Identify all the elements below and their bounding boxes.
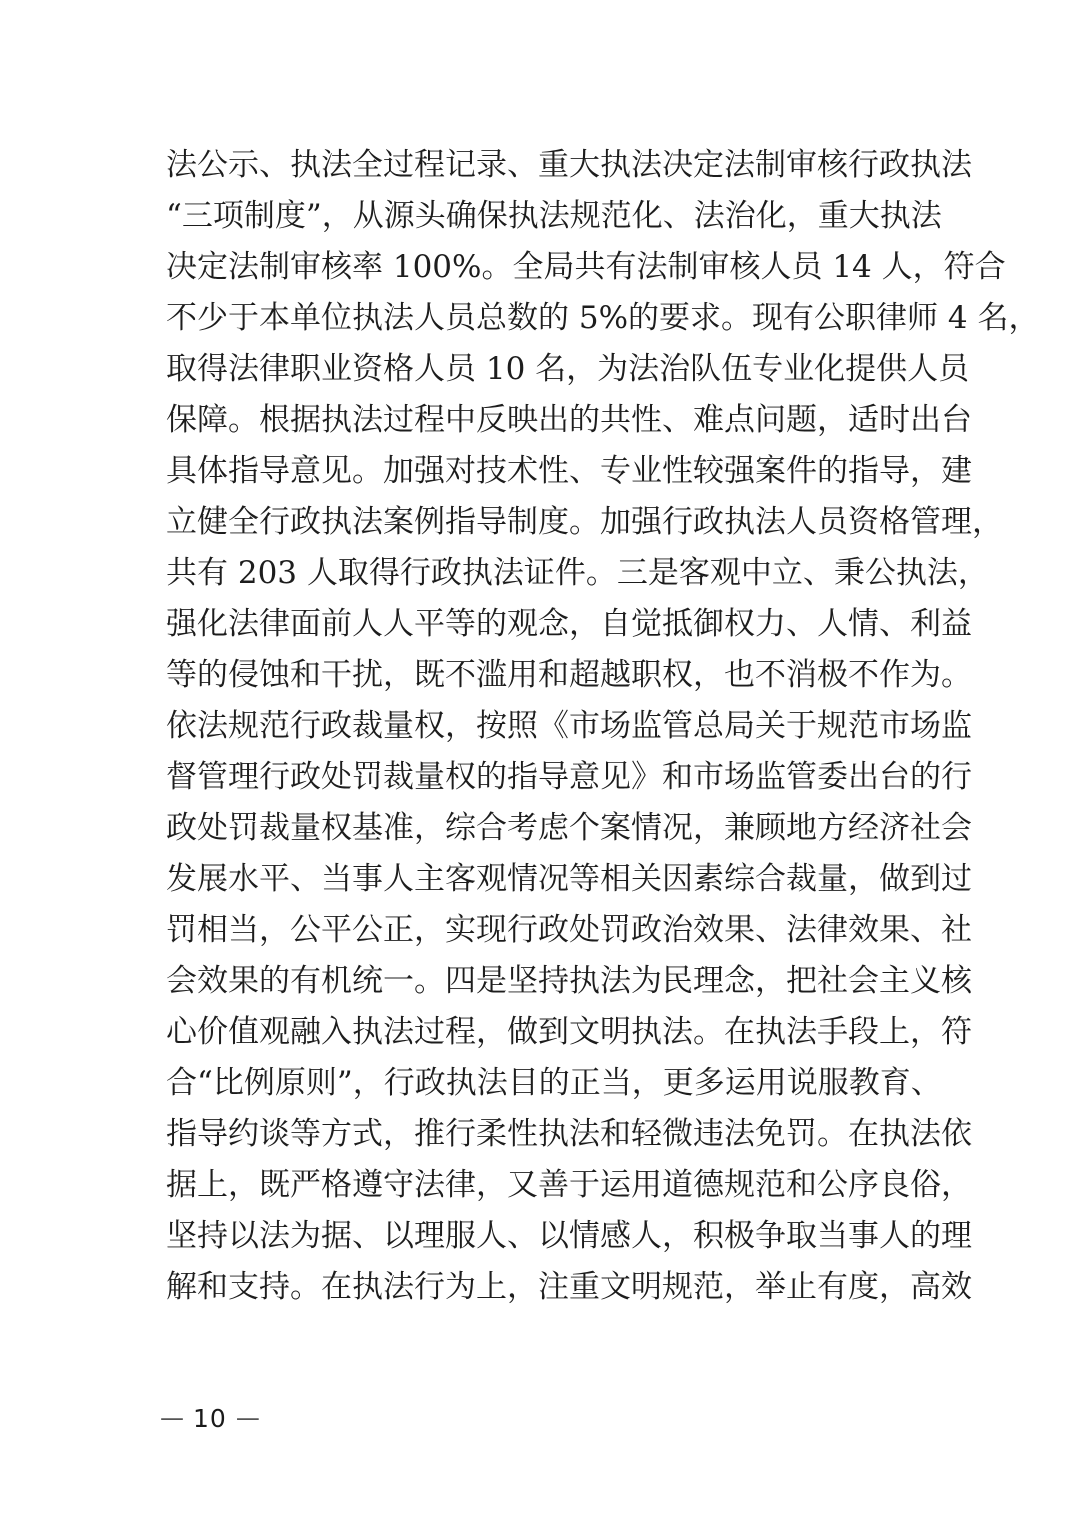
footer-dash-right: — (236, 1406, 260, 1430)
text-line: 等的侵蚀和干扰，既不滥用和超越职权，也不消极不作为。 (166, 650, 918, 701)
text-line: 具体指导意见。加强对技术性、专业性较强案件的指导，建 (166, 446, 918, 497)
text-line: 会效果的有机统一。四是坚持执法为民理念，把社会主义核 (166, 956, 918, 1007)
document-page: 法公示、执法全过程记录、重大执法决定法制审核行政执法 “三项制度”，从源头确保执… (0, 0, 1074, 1520)
text-line: 督管理行政处罚裁量权的指导意见》和市场监管委出台的行 (166, 752, 918, 803)
text-line: 决定法制审核率 100%。全局共有法制审核人员 14 人，符合 (166, 242, 918, 293)
text-line: 立健全行政执法案例指导制度。加强行政执法人员资格管理， (166, 497, 918, 548)
text-line: 强化法律面前人人平等的观念，自觉抵御权力、人情、利益 (166, 599, 918, 650)
text-line: 指导约谈等方式，推行柔性执法和轻微违法免罚。在执法依 (166, 1109, 918, 1160)
text-line: 依法规范行政裁量权，按照《市场监管总局关于规范市场监 (166, 701, 918, 752)
text-line: 据上，既严格遵守法律，又善于运用道德规范和公序良俗， (166, 1160, 918, 1211)
text-line: 取得法律职业资格人员 10 名，为法治队伍专业化提供人员 (166, 344, 918, 395)
body-text-block: 法公示、执法全过程记录、重大执法决定法制审核行政执法 “三项制度”，从源头确保执… (166, 140, 918, 1313)
page-footer: — 10 — (160, 1404, 260, 1433)
text-line: 不少于本单位执法人员总数的 5%的要求。现有公职律师 4 名， (166, 293, 918, 344)
text-line: 坚持以法为据、以理服人、以情感人，积极争取当事人的理 (166, 1211, 918, 1262)
text-line: 罚相当，公平公正，实现行政处罚政治效果、法律效果、社 (166, 905, 918, 956)
text-line: 发展水平、当事人主客观情况等相关因素综合裁量，做到过 (166, 854, 918, 905)
text-line: 合“比例原则”，行政执法目的正当，更多运用说服教育、 (166, 1058, 918, 1109)
text-line: 解和支持。在执法行为上，注重文明规范，举止有度，高效 (166, 1262, 918, 1313)
text-line: 法公示、执法全过程记录、重大执法决定法制审核行政执法 (166, 140, 918, 191)
footer-dash-left: — (160, 1406, 184, 1430)
page-number: 10 (193, 1404, 227, 1433)
text-line: 共有 203 人取得行政执法证件。三是客观中立、秉公执法， (166, 548, 918, 599)
text-line: 心价值观融入执法过程，做到文明执法。在执法手段上，符 (166, 1007, 918, 1058)
text-line: 政处罚裁量权基准，综合考虑个案情况，兼顾地方经济社会 (166, 803, 918, 854)
text-line: 保障。根据执法过程中反映出的共性、难点问题，适时出台 (166, 395, 918, 446)
text-line: “三项制度”，从源头确保执法规范化、法治化，重大执法 (166, 191, 918, 242)
